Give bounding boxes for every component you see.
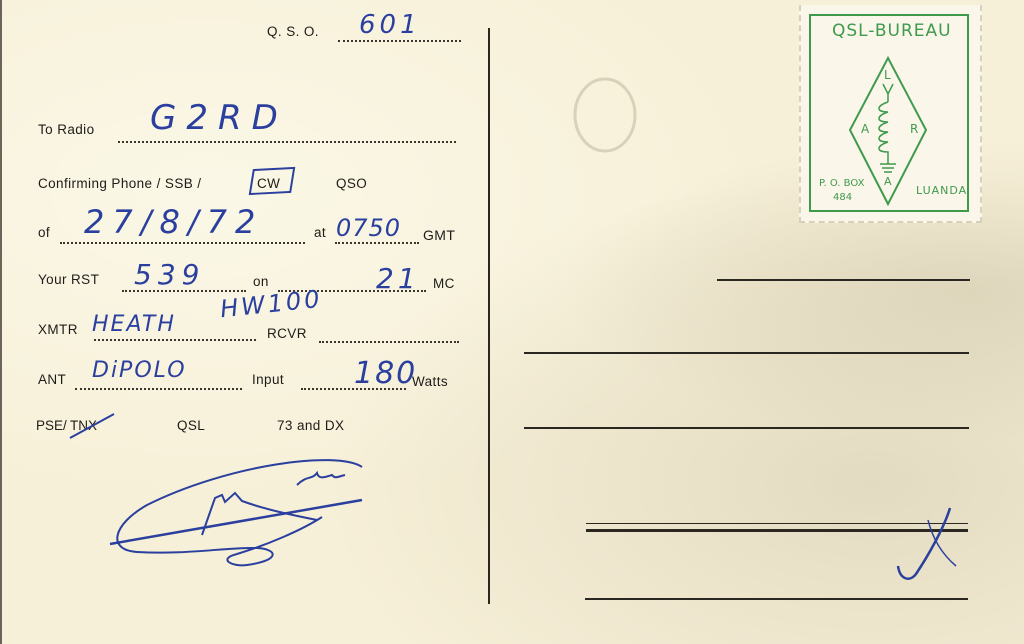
address-line-2 — [524, 352, 969, 354]
watts-label: Watts — [412, 374, 448, 389]
pse-label: PSE/ — [36, 418, 67, 433]
date-field-line — [60, 242, 305, 244]
on-label: on — [253, 274, 269, 289]
address-line-3 — [524, 427, 969, 429]
stamp-title: QSL-BUREAU — [832, 21, 952, 41]
address-line-1 — [717, 279, 970, 281]
stamp-pobox: P. O. BOX — [819, 178, 864, 189]
qsl-label: QSL — [177, 418, 205, 433]
confirming-label: Confirming Phone / SSB / — [38, 176, 201, 191]
closing-text: 73 and DX — [277, 418, 344, 433]
gmt-label: GMT — [423, 227, 455, 243]
stamp-pobox-number: 484 — [833, 192, 852, 203]
freq-value: 21 — [376, 262, 420, 295]
qsl-card: Q. S. O. 601 To Radio G2RD Confirming Ph… — [0, 0, 1024, 644]
tnx-strikethrough — [68, 412, 118, 442]
ant-field-line — [75, 388, 242, 390]
rst-value: 539 — [134, 258, 205, 291]
qso-value: 601 — [359, 10, 421, 40]
input-label: Input — [252, 372, 284, 387]
stamp-letter-right: R — [910, 122, 918, 136]
xmtr-field-line — [94, 339, 256, 341]
time-field-line — [335, 242, 419, 244]
rcvr-label: RCVR — [267, 326, 307, 341]
xmtr-value: HEATH — [92, 312, 176, 337]
time-value: 0750 — [336, 214, 401, 242]
stamp-letter-left: A — [861, 122, 869, 136]
stamp-city: LUANDA — [916, 184, 967, 197]
ant-value: DiPOLO — [92, 358, 187, 383]
address-line-5 — [585, 598, 968, 600]
rcvr-field-line — [319, 341, 459, 343]
signature — [107, 455, 377, 565]
to-radio-label: To Radio — [38, 122, 94, 137]
to-radio-field-line — [118, 141, 456, 143]
mode-cw-selection-box — [249, 167, 296, 195]
qso-word-label: QSO — [336, 176, 367, 191]
ant-label: ANT — [38, 372, 66, 387]
stamp-frame: QSL-BUREAU L A R A P. O. BOX 484 LUANDA — [809, 14, 969, 212]
mc-label: MC — [433, 276, 455, 291]
to-radio-value: G2RD — [150, 98, 288, 138]
of-label: of — [38, 225, 50, 240]
qsl-bureau-stamp: QSL-BUREAU L A R A P. O. BOX 484 LUANDA — [799, 5, 982, 223]
qso-label: Q. S. O. — [267, 24, 319, 39]
input-value: 180 — [354, 356, 417, 391]
at-label: at — [314, 225, 326, 240]
faint-postmark — [570, 75, 640, 155]
card-center-divider — [488, 28, 490, 604]
stamp-letter-top: L — [884, 68, 891, 82]
rst-label: Your RST — [38, 272, 99, 287]
xmtr-label: XMTR — [38, 322, 78, 337]
stamp-letter-bottom: A — [884, 175, 892, 188]
date-value: 27/8/72 — [84, 203, 263, 241]
qso-field-line — [338, 40, 461, 42]
handwritten-x-mark — [888, 500, 958, 590]
